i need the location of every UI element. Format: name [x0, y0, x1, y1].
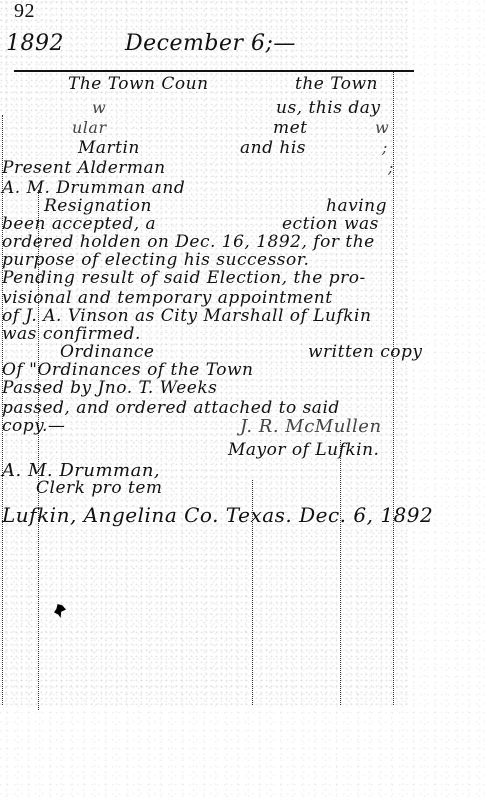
minutes-line: ordered holden on Dec. 16, 1892, for the	[2, 234, 375, 251]
header-year: 1892	[6, 33, 64, 55]
mayor-signature: J. R. McMullen	[240, 418, 382, 436]
minutes-line: us, this day	[276, 100, 380, 117]
minutes-line: w	[92, 100, 106, 116]
clerk-title: Clerk pro tem	[36, 480, 163, 497]
minutes-line: Passed by Jno. T. Weeks	[2, 380, 217, 397]
minutes-line: Ordinance	[60, 344, 155, 361]
page-number: 92	[14, 1, 35, 21]
minutes-line: Resignation	[44, 198, 152, 215]
minutes-line: A. M. Drumman and	[2, 180, 185, 197]
minutes-line: Present Alderman	[2, 160, 166, 177]
document-page: 92 1892 December 6;— The Town Coun the T…	[0, 0, 486, 800]
minutes-line: was confirmed.	[2, 326, 141, 343]
minutes-line: met	[273, 120, 308, 137]
minutes-line: w	[375, 120, 389, 136]
header-date: December 6;—	[125, 33, 296, 55]
minutes-line: purpose of electing his successor.	[2, 252, 309, 269]
minutes-line: ular	[72, 120, 107, 136]
minutes-line: been accepted, a	[2, 216, 156, 233]
minutes-line: Of "Ordinances of the Town	[2, 362, 254, 379]
minutes-line: Pending result of said Election, the pro…	[2, 270, 366, 287]
minutes-line: written copy	[308, 344, 422, 361]
margin-rule-right	[340, 440, 341, 705]
minutes-line: ;	[382, 140, 388, 156]
minutes-line: Martin	[78, 140, 140, 157]
header-rule	[14, 70, 414, 72]
minutes-line: ;	[388, 160, 394, 176]
minutes-line: and his	[240, 140, 306, 157]
minutes-line: passed, and ordered attached to said	[2, 400, 340, 417]
mayor-title: Mayor of Lufkin.	[228, 442, 379, 459]
footer-place-date: Lufkin, Angelina Co. Texas. Dec. 6, 1892	[2, 505, 433, 525]
minutes-line: of J. A. Vinson as City Marshall of Lufk…	[2, 308, 371, 325]
minutes-line: The Town Coun	[68, 76, 209, 93]
minutes-line: the Town	[295, 76, 378, 93]
minutes-line: copy.—	[2, 418, 65, 435]
minutes-line: having	[326, 198, 387, 215]
minutes-line: ection was	[282, 216, 379, 233]
minutes-line: visional and temporary appointment	[2, 290, 333, 307]
